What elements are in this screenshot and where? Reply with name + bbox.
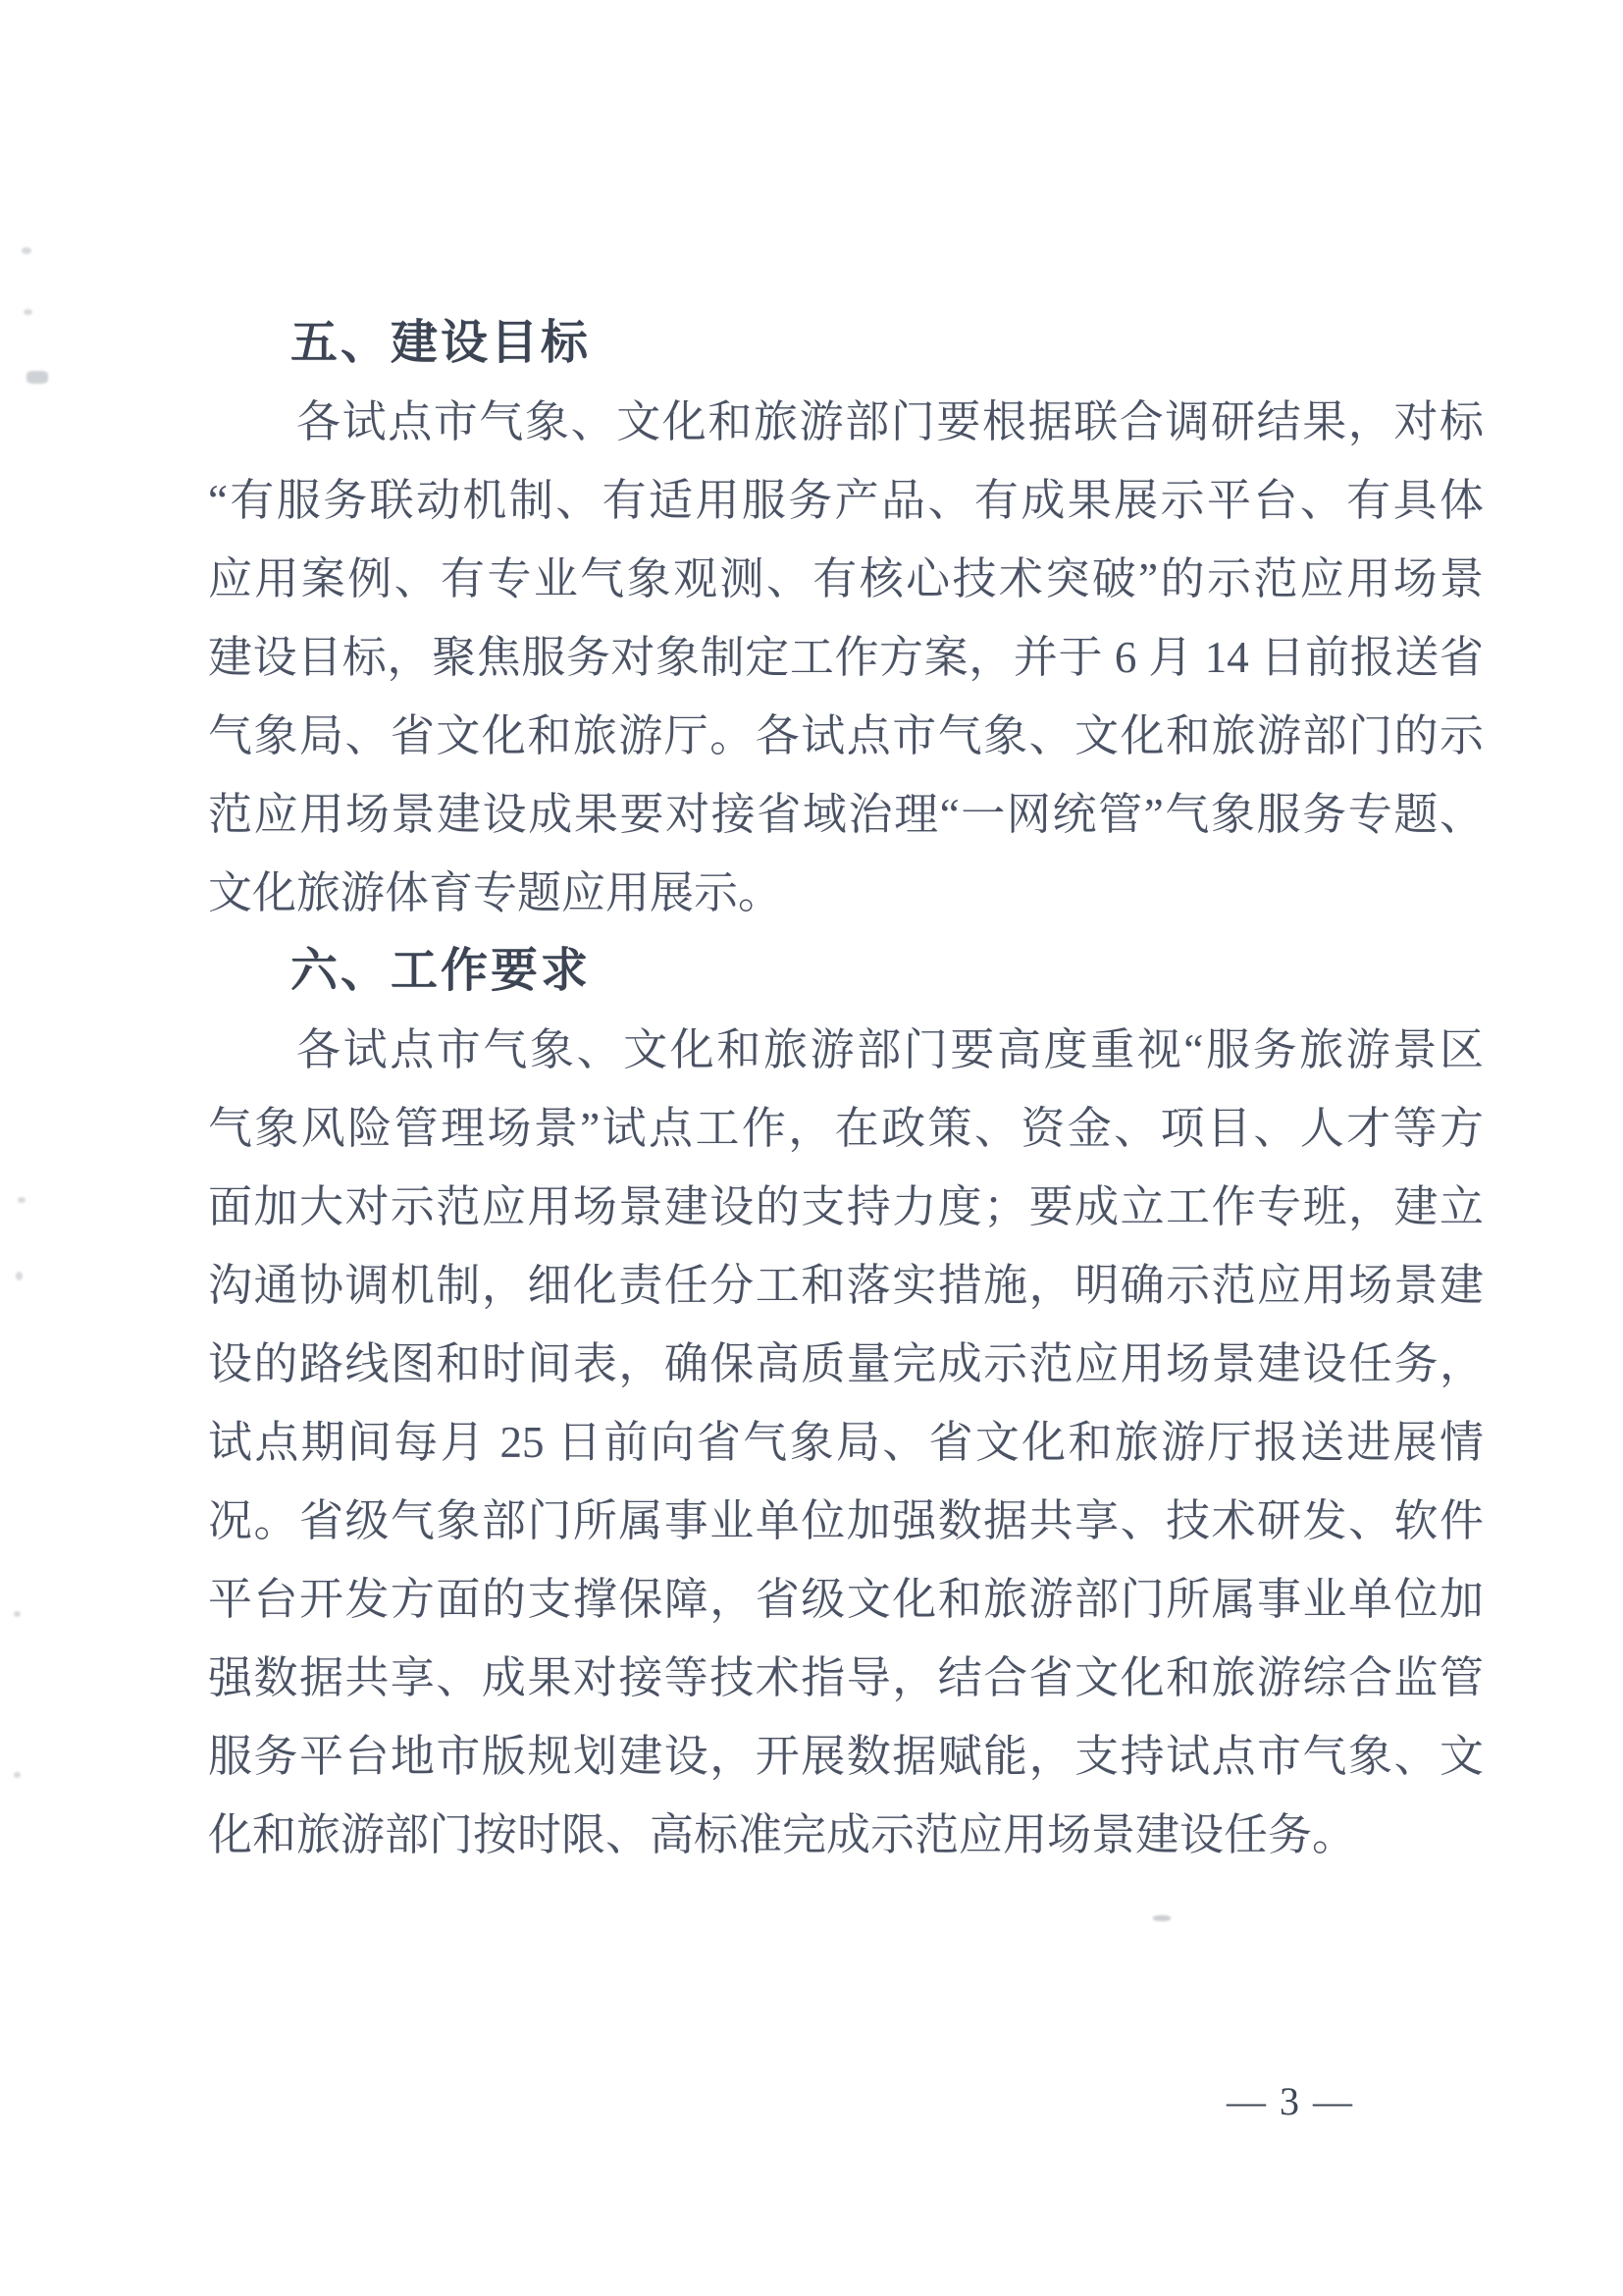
- text-line: 各试点市气象、文化和旅游部门要根据联合调研结果，对标: [208, 383, 1484, 461]
- section-heading-requirements: 六、工作要求: [208, 932, 1484, 1011]
- text-line: 试点期间每月 25 日前向省气象局、省文化和旅游厅报送进展情: [208, 1403, 1484, 1482]
- paragraph-goals: 各试点市气象、文化和旅游部门要根据联合调研结果，对标 “有服务联动机制、有适用服…: [208, 383, 1484, 932]
- text-line: 况。省级气象部门所属事业单位加强数据共享、技术研发、软件: [208, 1482, 1484, 1560]
- scan-artifact: [26, 371, 48, 384]
- scan-artifact: [14, 1772, 21, 1778]
- text-line: 文化旅游体育专题应用展示。: [208, 854, 1484, 932]
- text-line: 设的路线图和时间表，确保高质量完成示范应用场景建设任务，: [208, 1325, 1484, 1403]
- text-line: 气象风险管理场景”试点工作，在政策、资金、项目、人才等方: [208, 1089, 1484, 1168]
- scan-artifact: [16, 1272, 23, 1280]
- page-number: — 3 —: [1192, 2072, 1388, 2131]
- scan-artifact: [1153, 1915, 1171, 1921]
- scan-artifact: [22, 247, 31, 254]
- text-line: 强数据共享、成果对接等技术指导，结合省文化和旅游综合监管: [208, 1639, 1484, 1717]
- scan-artifact: [18, 1197, 26, 1203]
- scan-artifact: [24, 309, 32, 315]
- text-line: 各试点市气象、文化和旅游部门要高度重视“服务旅游景区: [208, 1011, 1484, 1089]
- document-body: 五、建设目标 各试点市气象、文化和旅游部门要根据联合调研结果，对标 “有服务联动…: [208, 304, 1484, 1874]
- text-line: 化和旅游部门按时限、高标准完成示范应用场景建设任务。: [208, 1796, 1484, 1874]
- text-line: 范应用场景建设成果要对接省域治理“一网统管”气象服务专题、: [208, 775, 1484, 854]
- text-line: 服务平台地市版规划建设，开展数据赋能，支持试点市气象、文: [208, 1717, 1484, 1796]
- text-line: 面加大对示范应用场景建设的支持力度；要成立工作专班，建立: [208, 1168, 1484, 1246]
- text-line: 建设目标，聚焦服务对象制定工作方案，并于 6 月 14 日前报送省: [208, 618, 1484, 697]
- paragraph-requirements: 各试点市气象、文化和旅游部门要高度重视“服务旅游景区 气象风险管理场景”试点工作…: [208, 1011, 1484, 1874]
- scan-artifact: [14, 1611, 21, 1617]
- text-line: “有服务联动机制、有适用服务产品、有成果展示平台、有具体: [208, 461, 1484, 540]
- section-heading-goals: 五、建设目标: [208, 304, 1484, 383]
- text-line: 气象局、省文化和旅游厅。各试点市气象、文化和旅游部门的示: [208, 697, 1484, 775]
- text-line: 平台开发方面的支撑保障，省级文化和旅游部门所属事业单位加: [208, 1560, 1484, 1639]
- text-line: 沟通协调机制，细化责任分工和落实措施，明确示范应用场景建: [208, 1246, 1484, 1325]
- document-page: 五、建设目标 各试点市气象、文化和旅游部门要根据联合调研结果，对标 “有服务联动…: [0, 0, 1623, 2296]
- text-line: 应用案例、有专业气象观测、有核心技术突破”的示范应用场景: [208, 540, 1484, 618]
